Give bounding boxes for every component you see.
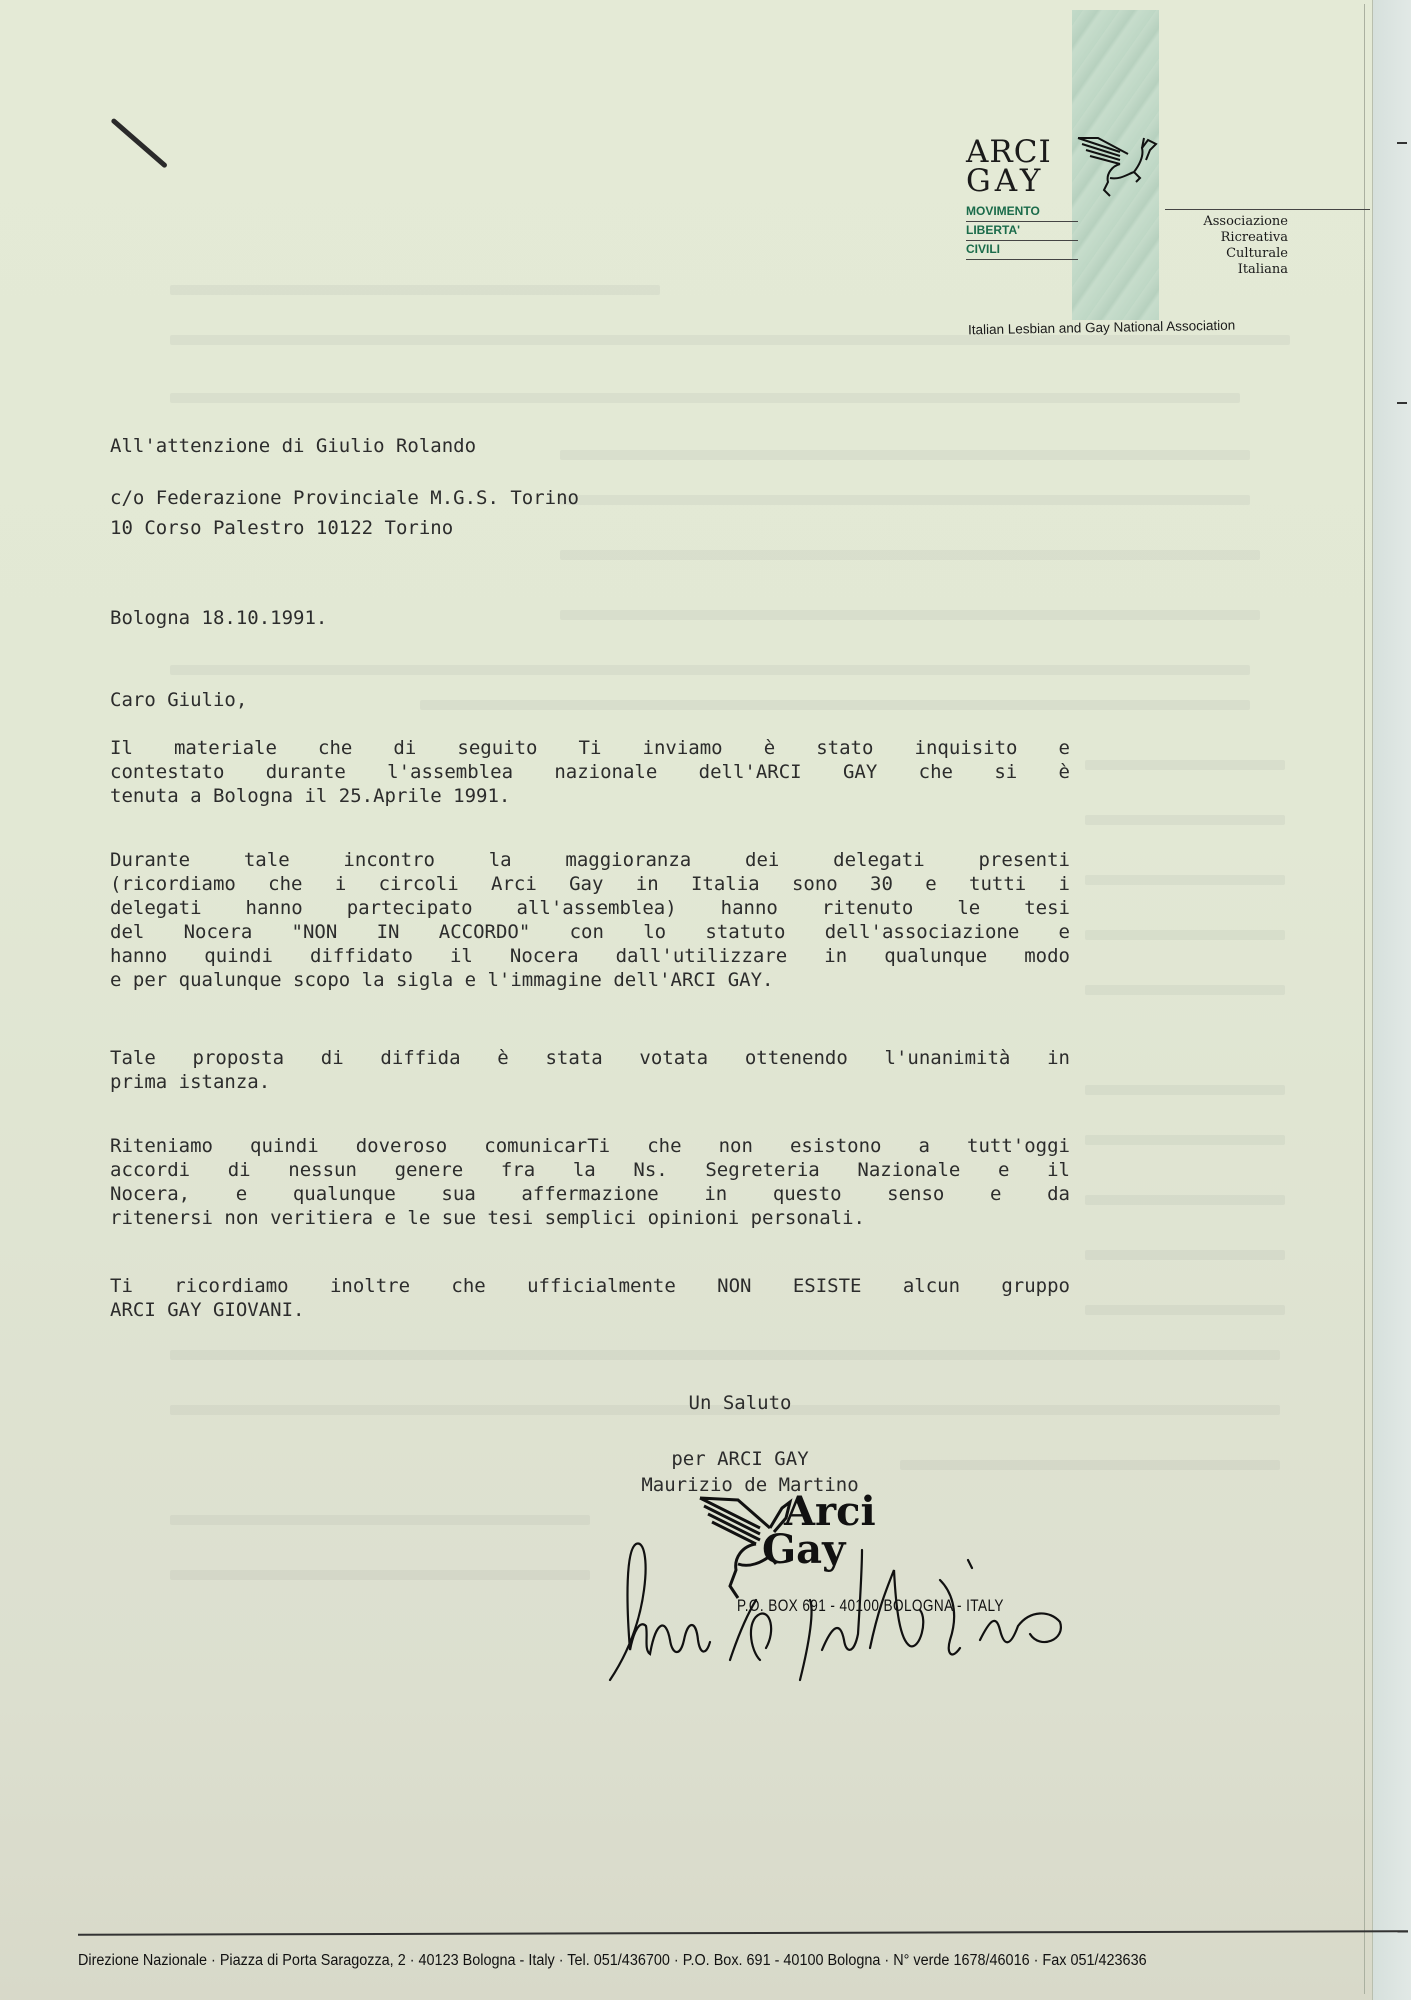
subtitle-line: LIBERTA' bbox=[966, 222, 1078, 241]
salutation: Caro Giulio, bbox=[110, 688, 247, 712]
text-line: contestato durante l'assemblea nazionale… bbox=[110, 760, 1070, 784]
attention-line: All'attenzione di Giulio Rolando bbox=[110, 434, 476, 458]
text-line: ARCI GAY GIOVANI. bbox=[110, 1298, 1070, 1322]
text-line: Nocera, e qualunque sua affermazione in … bbox=[110, 1182, 1070, 1206]
letter-page bbox=[0, 0, 1372, 2000]
text-line: Riteniamo quindi doveroso comunicarTi ch… bbox=[110, 1134, 1070, 1158]
page-border-line bbox=[1364, 4, 1365, 1994]
footer-contact-info: Direzione Nazionale · Piazza di Porta Sa… bbox=[78, 1952, 1147, 1970]
text-line: accordi di nessun genere fra la Ns. Segr… bbox=[110, 1158, 1070, 1182]
paragraph-1: Il materiale che di seguito Ti inviamo è… bbox=[110, 736, 1070, 808]
text-line: Il materiale che di seguito Ti inviamo è… bbox=[110, 736, 1070, 760]
edge-mark bbox=[1397, 402, 1407, 404]
paragraph-2: Durante tale incontro la maggioranza dei… bbox=[110, 848, 1070, 992]
text-line: del Nocera "NON IN ACCORDO" con lo statu… bbox=[110, 920, 1070, 944]
handwritten-signature bbox=[600, 1530, 1080, 1690]
brand-subtitle: MOVIMENTO LIBERTA' CIVILI bbox=[966, 203, 1078, 260]
text-line: Durante tale incontro la maggioranza dei… bbox=[110, 848, 1070, 872]
association-line: Associazione bbox=[1160, 214, 1288, 230]
paragraph-5: Ti ricordiamo inoltre che ufficialmente … bbox=[110, 1274, 1070, 1322]
text-line: ritenersi non veritiera e le sue tesi se… bbox=[110, 1206, 1070, 1230]
text-line: hanno quindi diffidato il Nocera dall'ut… bbox=[110, 944, 1070, 968]
subtitle-line: MOVIMENTO bbox=[966, 203, 1078, 222]
text-line: prima istanza. bbox=[110, 1070, 1070, 1094]
closing-on-behalf: per ARCI GAY bbox=[610, 1447, 870, 1471]
text-line: Ti ricordiamo inoltre che ufficialmente … bbox=[110, 1274, 1070, 1298]
paragraph-3: Tale proposta di diffida è stata votata … bbox=[110, 1046, 1070, 1094]
association-line: Culturale bbox=[1160, 246, 1288, 262]
subtitle-line: CIVILI bbox=[966, 241, 1078, 260]
association-line: Italiana bbox=[1160, 262, 1288, 278]
address-line-1: c/o Federazione Provinciale M.G.S. Torin… bbox=[110, 486, 579, 510]
closing-greeting: Un Saluto bbox=[610, 1391, 870, 1415]
date-line: Bologna 18.10.1991. bbox=[110, 606, 327, 630]
association-line: Ricreativa bbox=[1160, 230, 1288, 246]
edge-mark bbox=[1397, 142, 1407, 144]
pegasus-icon bbox=[1076, 134, 1162, 202]
page-edge bbox=[1372, 0, 1411, 2000]
header-rule bbox=[1165, 209, 1370, 210]
text-line: Tale proposta di diffida è stata votata … bbox=[110, 1046, 1070, 1070]
text-line: e per qualunque scopo la sigla e l'immag… bbox=[110, 968, 1070, 992]
brand-line-2: GAY bbox=[966, 167, 1076, 196]
brand-logotype: ARCI GAY bbox=[966, 138, 1076, 196]
address-line-2: 10 Corso Palestro 10122 Torino bbox=[110, 516, 453, 540]
text-line: (ricordiamo che i circoli Arci Gay in It… bbox=[110, 872, 1070, 896]
text-line: delegati hanno partecipato all'assemblea… bbox=[110, 896, 1070, 920]
association-description: Associazione Ricreativa Culturale Italia… bbox=[1160, 214, 1288, 278]
paragraph-4: Riteniamo quindi doveroso comunicarTi ch… bbox=[110, 1134, 1070, 1230]
text-line: tenuta a Bologna il 25.Aprile 1991. bbox=[110, 784, 1070, 808]
